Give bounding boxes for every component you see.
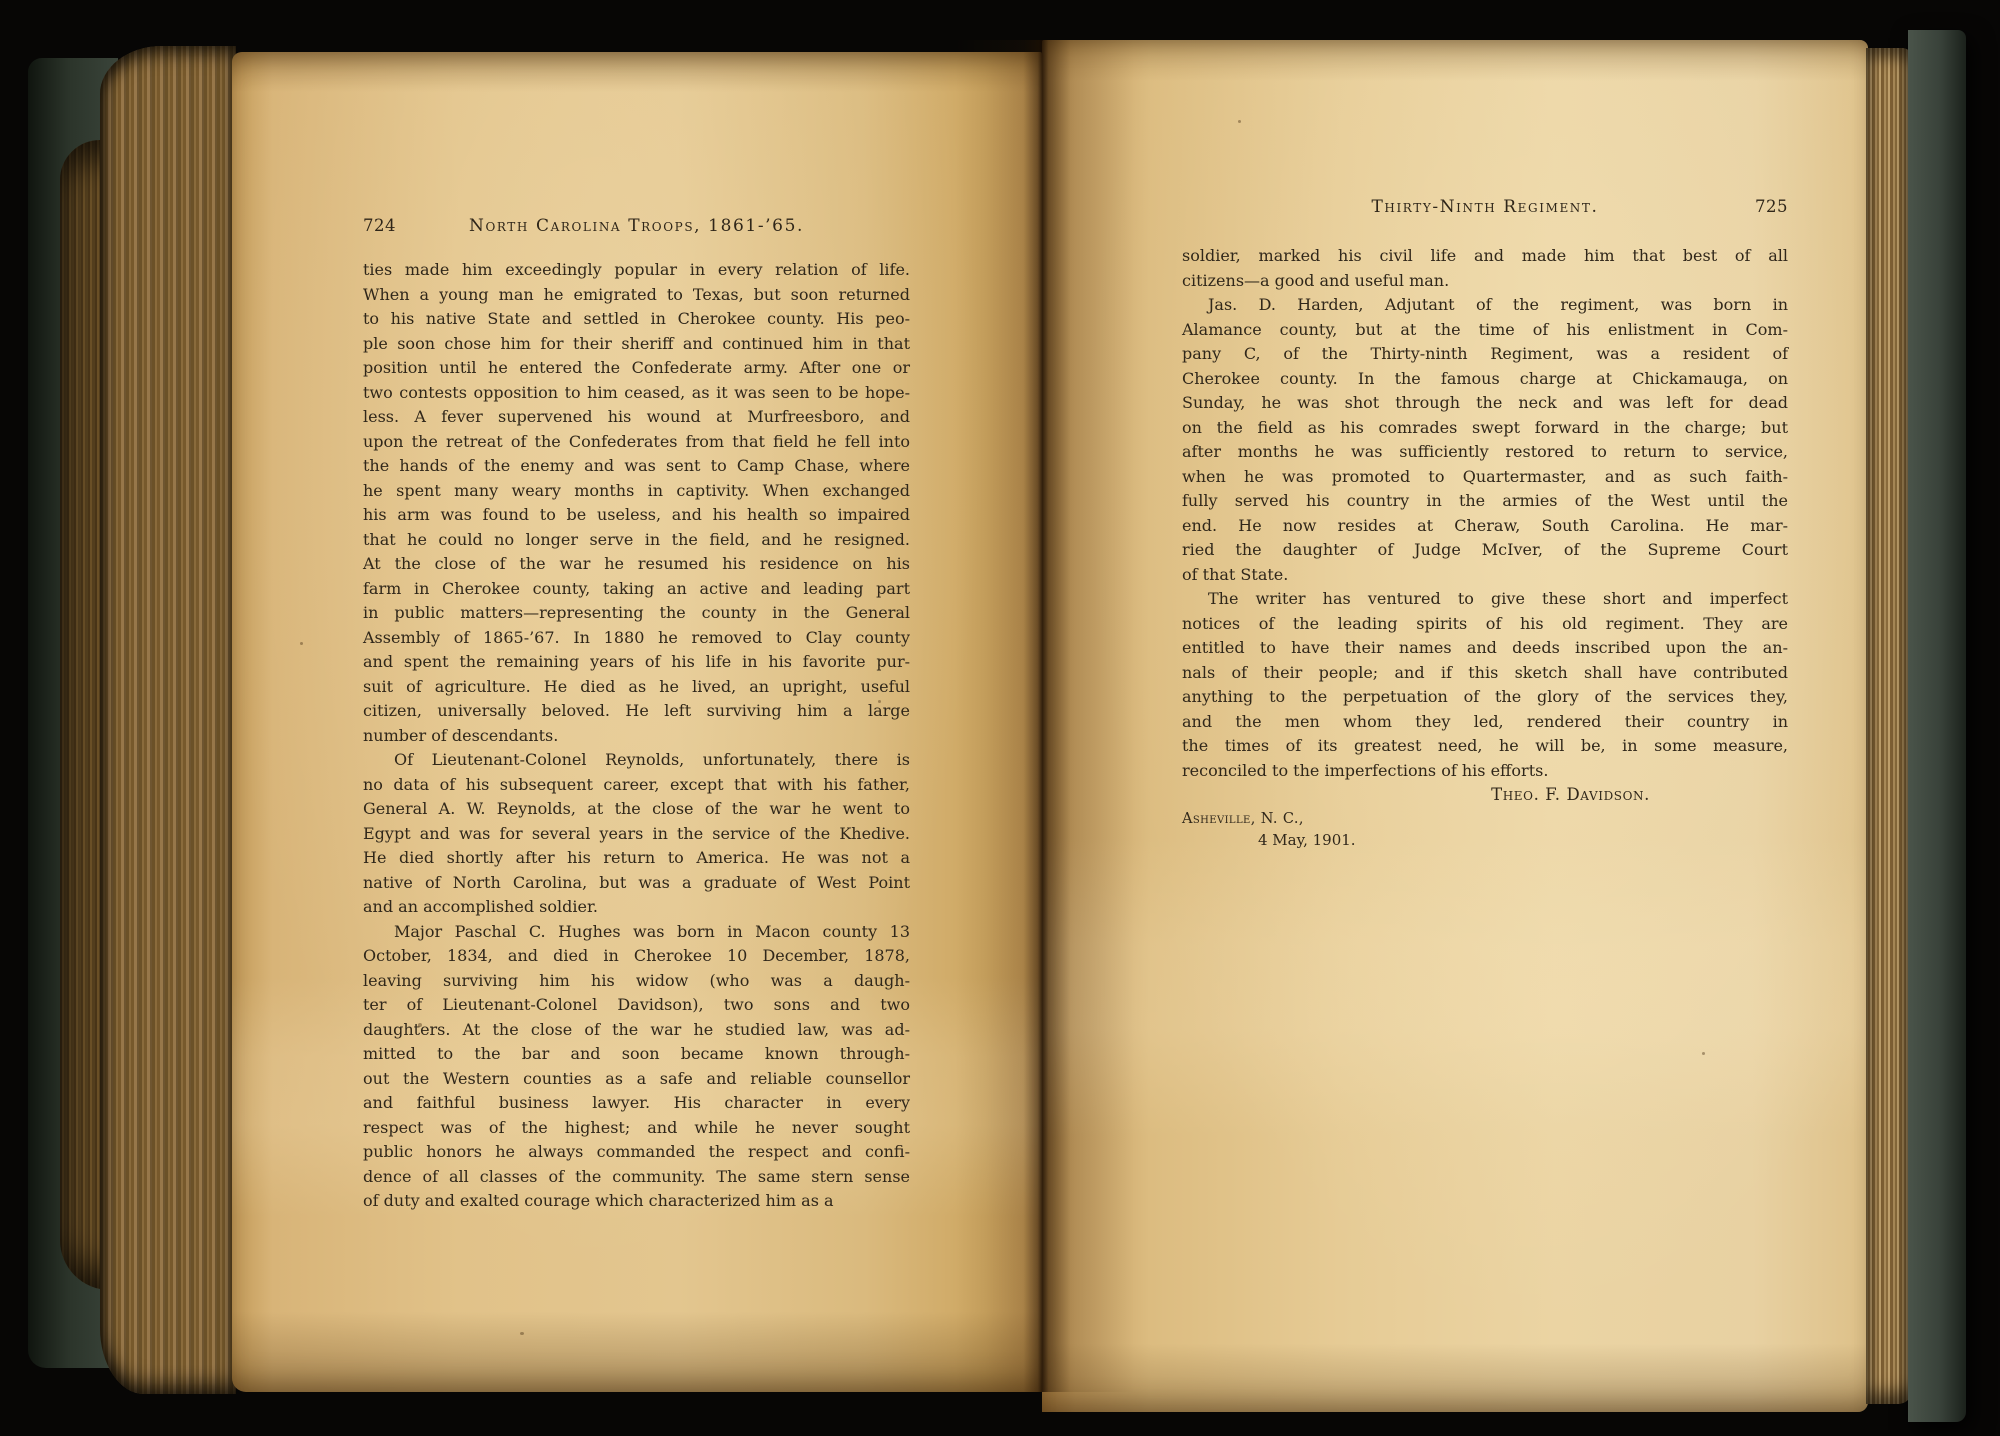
book-cover-right-edge	[1908, 30, 1966, 1422]
running-title-right: Thirty-Ninth Regiment.	[1182, 197, 1788, 217]
paper-speck	[1238, 120, 1241, 123]
text-line: ties made him exceedingly popular in eve…	[363, 258, 910, 283]
text-line: leaving surviving him his widow (who was…	[363, 969, 910, 994]
text-line: When a young man he emigrated to Texas, …	[363, 283, 910, 308]
text-line: ter of Lieutenant-Colonel Davidson), two…	[363, 993, 910, 1018]
text-line: Egypt and was for several years in the s…	[363, 822, 910, 847]
paper-speck	[300, 642, 303, 645]
paragraph: Of Lieutenant-Colonel Reynolds, unfortun…	[363, 748, 910, 920]
author-signature: Theo. F. Davidson.	[1182, 783, 1788, 808]
right-page-text-block: soldier, marked his civil life and made …	[1182, 244, 1788, 851]
text-line: to his native State and settled in Chero…	[363, 307, 910, 332]
paper-speck	[1702, 1052, 1705, 1055]
text-line: farm in Cherokee county, taking an activ…	[363, 577, 910, 602]
text-line: native of North Carolina, but was a grad…	[363, 871, 910, 896]
text-line: Jas. D. Harden, Adjutant of the regiment…	[1182, 293, 1788, 318]
text-line: pany C, of the Thirty-ninth Regiment, wa…	[1182, 342, 1788, 367]
text-line: Sunday, he was shot through the neck and…	[1182, 391, 1788, 416]
text-line: in public matters—representing the count…	[363, 601, 910, 626]
text-line: citizens—a good and useful man.	[1182, 269, 1788, 294]
text-line: reconciled to the imperfections of his e…	[1182, 759, 1788, 784]
paragraph: Jas. D. Harden, Adjutant of the regiment…	[1182, 293, 1788, 587]
text-line: that he could no longer serve in the fie…	[363, 528, 910, 553]
left-page-text-block: ties made him exceedingly popular in eve…	[363, 258, 910, 1214]
dateline-date: 4 May, 1901.	[1182, 830, 1788, 851]
text-line: dence of all classes of the community. T…	[363, 1165, 910, 1190]
running-header-right: Thirty-Ninth Regiment. 725	[1182, 197, 1788, 217]
text-line: on the field as his comrades swept forwa…	[1182, 416, 1788, 441]
text-line: position until he entered the Confederat…	[363, 356, 910, 381]
text-line: of duty and exalted courage which charac…	[363, 1189, 910, 1214]
text-line: after months he was sufficiently restore…	[1182, 440, 1788, 465]
text-line: He died shortly after his return to Amer…	[363, 846, 910, 871]
dateline-place: Asheville, N. C.,	[1182, 808, 1788, 830]
page-fore-edge-right	[1866, 48, 1912, 1404]
text-line: ried the daughter of Judge McIver, of th…	[1182, 538, 1788, 563]
text-line: no data of his subsequent career, except…	[363, 773, 910, 798]
paper-speck	[520, 1332, 524, 1335]
text-line: his arm was found to be useless, and his…	[363, 503, 910, 528]
text-line: the hands of the enemy and was sent to C…	[363, 454, 910, 479]
text-line: out the Western counties as a safe and r…	[363, 1067, 910, 1092]
paragraph: soldier, marked his civil life and made …	[1182, 244, 1788, 293]
text-line: citizen, universally beloved. He left su…	[363, 699, 910, 724]
text-line: notices of the leading spirits of his ol…	[1182, 612, 1788, 637]
text-line: respect was of the highest; and while he…	[363, 1116, 910, 1141]
text-line: entitled to have their names and deeds i…	[1182, 636, 1788, 661]
paper-speck	[418, 1023, 422, 1027]
page-number-right: 725	[1755, 197, 1788, 216]
running-title-left: North Carolina Troops, 1861-’65.	[363, 216, 910, 236]
text-line: and an accomplished soldier.	[363, 895, 910, 920]
text-line: soldier, marked his civil life and made …	[1182, 244, 1788, 269]
text-line: Of Lieutenant-Colonel Reynolds, unfortun…	[363, 748, 910, 773]
text-line: mitted to the bar and soon became known …	[363, 1042, 910, 1067]
running-header-left: 724 North Carolina Troops, 1861-’65.	[363, 216, 910, 236]
text-line: October, 1834, and died in Cherokee 10 D…	[363, 944, 910, 969]
text-line: anything to the perpetuation of the glor…	[1182, 685, 1788, 710]
paragraph: The writer has ventured to give these sh…	[1182, 587, 1788, 783]
text-line: number of descendants.	[363, 724, 910, 749]
text-line: suit of agriculture. He died as he lived…	[363, 675, 910, 700]
text-line: Alamance county, but at the time of his …	[1182, 318, 1788, 343]
text-line: of that State.	[1182, 563, 1788, 588]
paper-speck	[878, 700, 881, 703]
paragraph: ties made him exceedingly popular in eve…	[363, 258, 910, 748]
text-line: less. A fever supervened his wound at Mu…	[363, 405, 910, 430]
text-line: and spent the remaining years of his lif…	[363, 650, 910, 675]
text-line: two contests opposition to him ceased, a…	[363, 381, 910, 406]
page-number-left: 724	[363, 216, 396, 235]
book-photo: { "colors": { "background": "#070605", "…	[0, 0, 2000, 1436]
text-line: daughters. At the close of the war he st…	[363, 1018, 910, 1043]
text-line: when he was promoted to Quartermaster, a…	[1182, 465, 1788, 490]
text-line: fully served his country in the armies o…	[1182, 489, 1788, 514]
text-line: Assembly of 1865-’67. In 1880 he removed…	[363, 626, 910, 651]
text-line: public honors he always commanded the re…	[363, 1140, 910, 1165]
text-line: he spent many weary months in captivity.…	[363, 479, 910, 504]
text-line: ple soon chose him for their sheriff and…	[363, 332, 910, 357]
text-line: General A. W. Reynolds, at the close of …	[363, 797, 910, 822]
text-line: At the close of the war he resumed his r…	[363, 552, 910, 577]
text-line: the times of its greatest need, he will …	[1182, 734, 1788, 759]
page-fore-edge-left	[100, 46, 236, 1394]
text-line: and faithful business lawyer. His charac…	[363, 1091, 910, 1116]
text-line: nals of their people; and if this sketch…	[1182, 661, 1788, 686]
text-line: and the men whom they led, rendered thei…	[1182, 710, 1788, 735]
text-line: end. He now resides at Cheraw, South Car…	[1182, 514, 1788, 539]
text-line: The writer has ventured to give these sh…	[1182, 587, 1788, 612]
text-line: Cherokee county. In the famous charge at…	[1182, 367, 1788, 392]
paragraph: Major Paschal C. Hughes was born in Maco…	[363, 920, 910, 1214]
text-line: upon the retreat of the Confederates fro…	[363, 430, 910, 455]
text-line: Major Paschal C. Hughes was born in Maco…	[363, 920, 910, 945]
